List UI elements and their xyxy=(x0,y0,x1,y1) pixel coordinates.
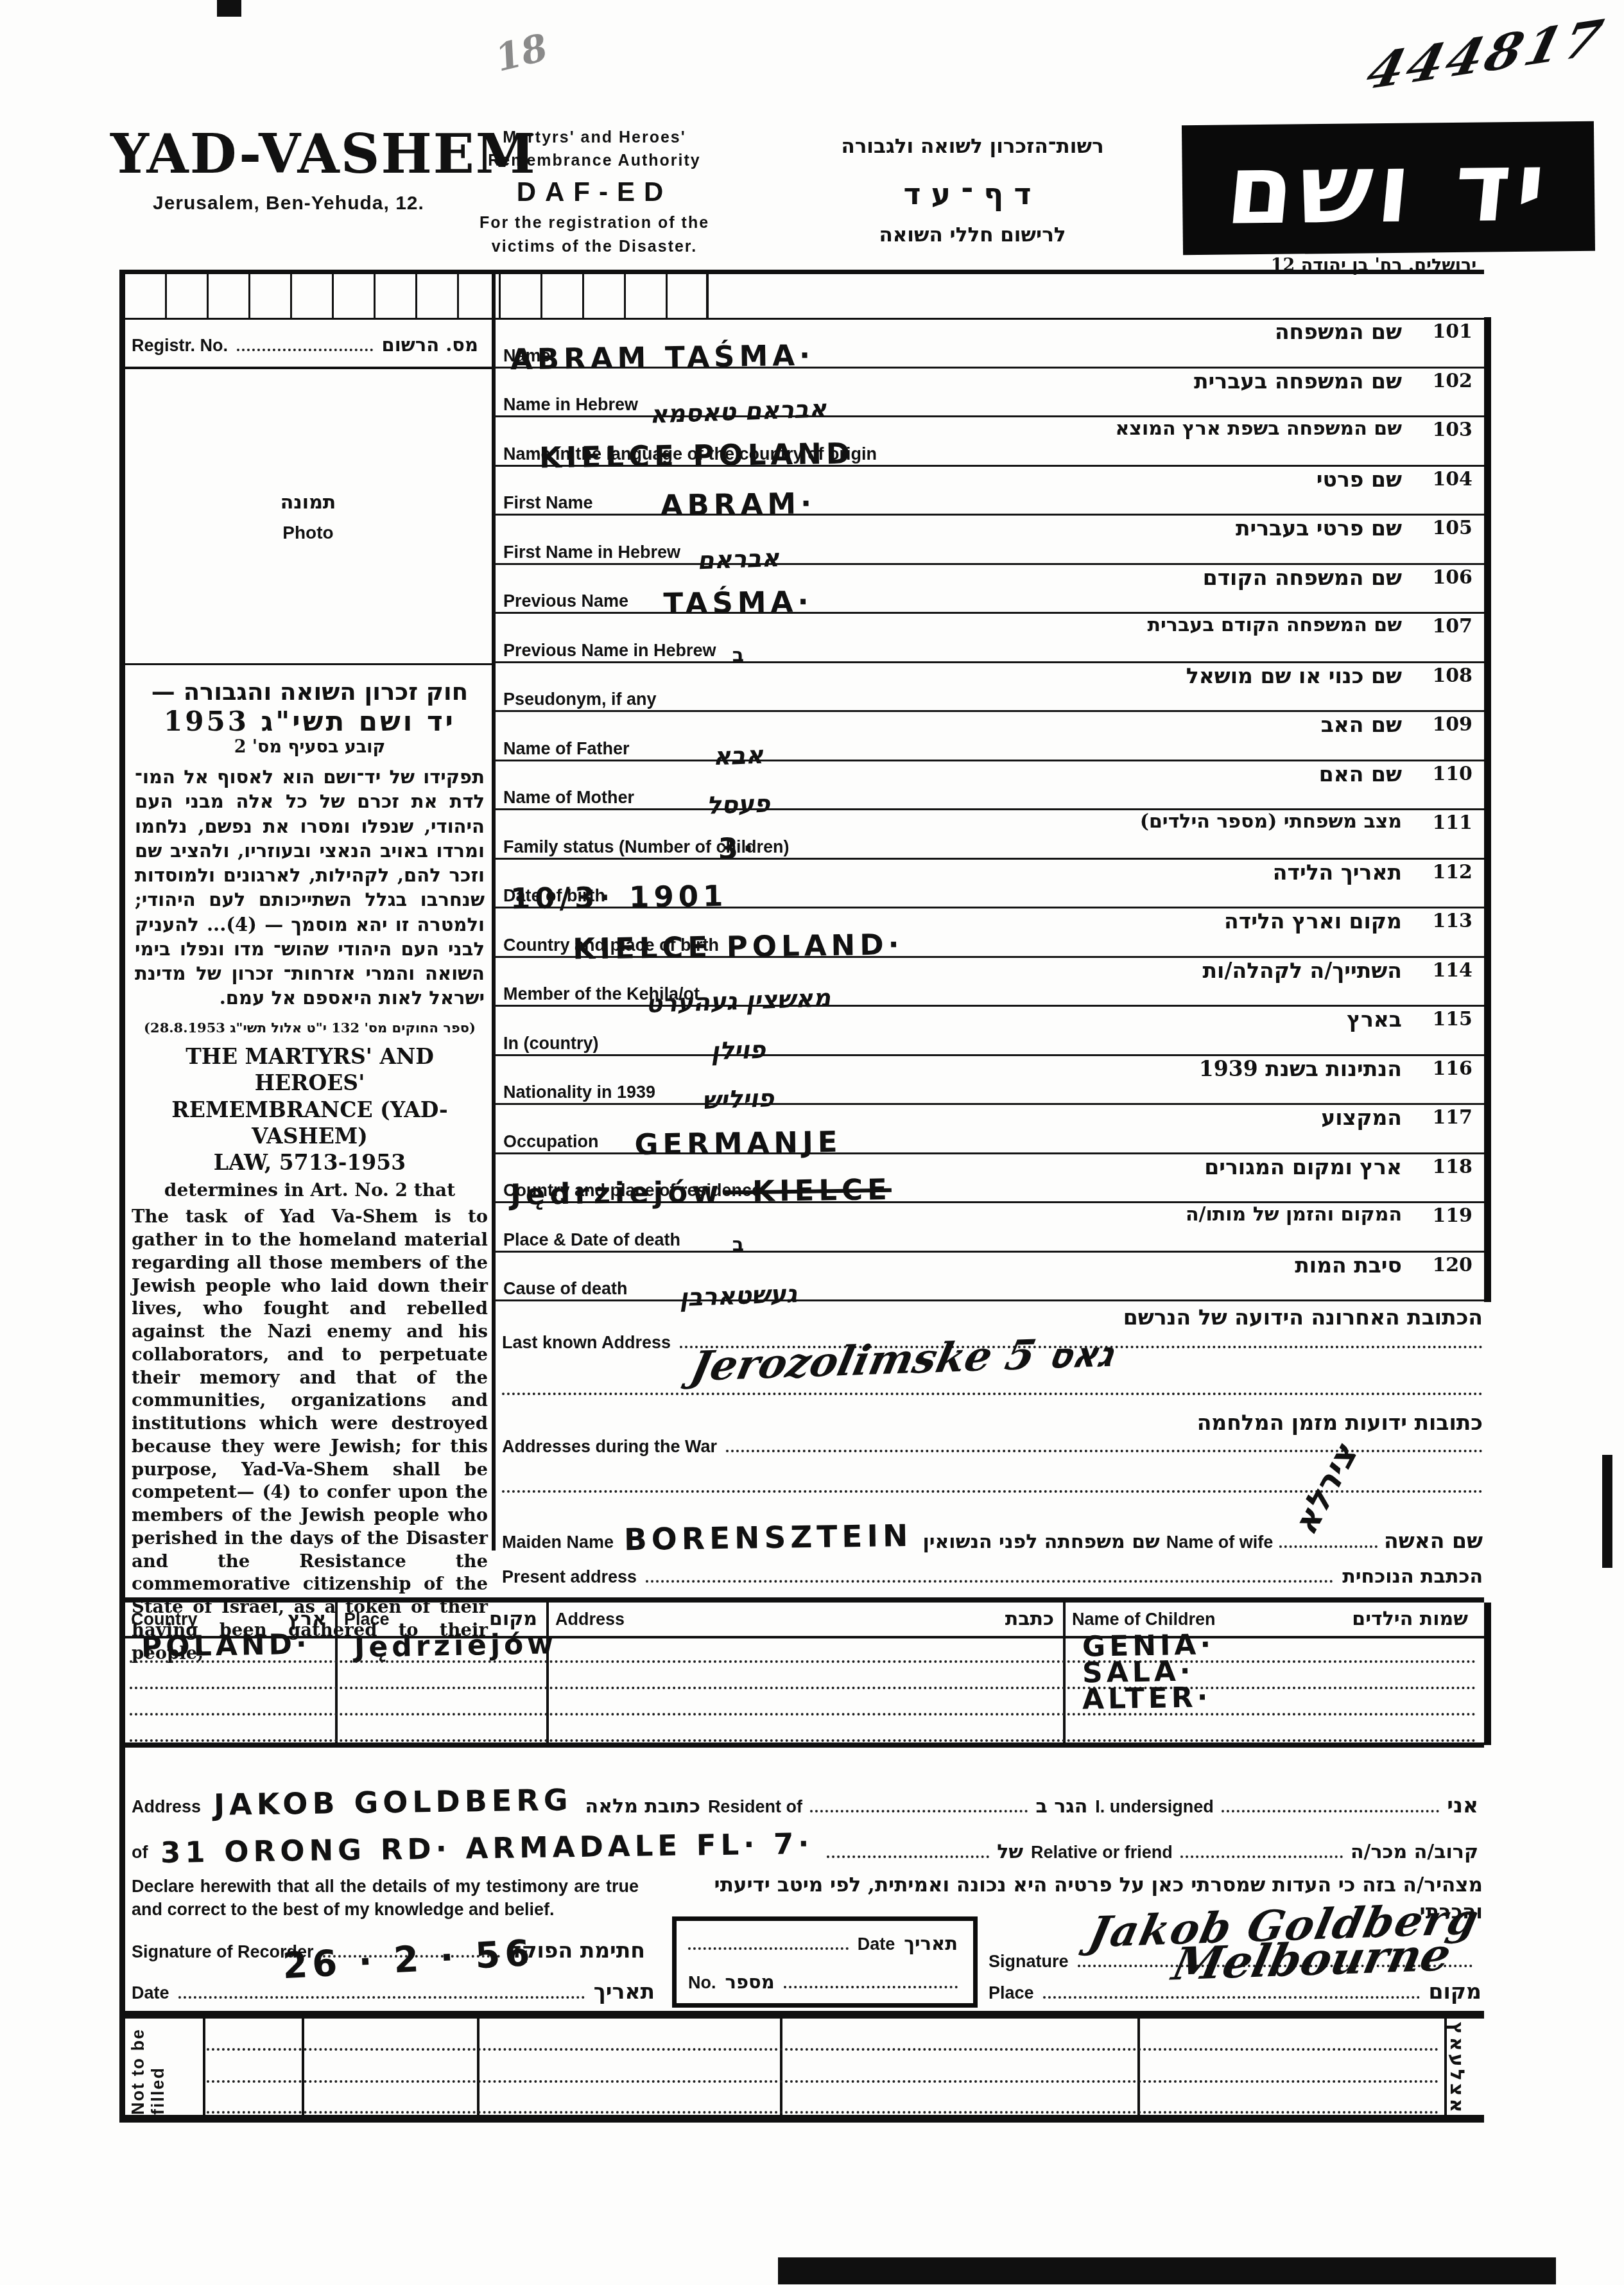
field-row-102: שם המשפחה בעברית102Name in Hebrewאבראם ט… xyxy=(494,367,1484,418)
field-row-112: תאריך הלידה112Date of birth10/3· 1901 xyxy=(494,858,1484,909)
children-cell-place: Jędrziejów xyxy=(354,1628,558,1664)
full-address-hebrew: כתובת מלאה xyxy=(585,1795,700,1818)
grid-divider xyxy=(302,2019,304,2116)
grid-sidebar-hebrew-marks: אצלעאץ xyxy=(1446,2020,1468,2115)
field-hebrew-label: שם המשפחה בעברית xyxy=(1194,369,1402,394)
photo-placeholder: תמונה Photo xyxy=(212,491,404,543)
field-number: 112 xyxy=(1432,861,1473,883)
of-hebrew: של xyxy=(997,1841,1023,1863)
undersigned-label: I. undersigned xyxy=(1095,1797,1214,1817)
children-table-bottom xyxy=(122,1742,1484,1748)
field-hebrew-label: שם המשפחה בשפת ארץ המוצא xyxy=(1116,417,1402,440)
box-no-dots xyxy=(784,1985,958,1988)
field-hebrew-label: שם פרטי בעברית xyxy=(1236,516,1402,541)
field-row-111: מצב משפחתי (מספר הילדים)111Family status… xyxy=(494,808,1484,860)
date-dots xyxy=(178,1995,585,1999)
field-hebrew-label: סיבת המות xyxy=(1295,1253,1402,1278)
children-header-english: Place xyxy=(344,1610,390,1629)
signature-label: Signature xyxy=(989,1952,1069,1972)
maiden-name-row: Maiden Name BORENSZTEIN שם משפחתה לפני ה… xyxy=(502,1520,1483,1556)
witness-name-handwritten: JAKOB GOLDBERG xyxy=(214,1782,573,1822)
field-rows: שם המשפחה101NameABRAM TAŚMA·שם המשפחה בע… xyxy=(494,317,1491,1302)
children-header-address: Addressכתבת xyxy=(555,1608,1054,1630)
children-table-top xyxy=(122,1597,1484,1603)
field-number: 104 xyxy=(1432,468,1473,491)
pencil-note: 18 xyxy=(491,25,552,80)
field-row-107: שם המשפחה הקודם בעברית107Previous Name i… xyxy=(494,612,1484,663)
box-date-hebrew: תאריך xyxy=(904,1933,958,1954)
present-address-label: Present address xyxy=(502,1567,637,1587)
undersigned-dots xyxy=(1222,1809,1440,1812)
resident-of-dots xyxy=(810,1809,1028,1812)
box-date-label: Date xyxy=(858,1934,895,1954)
children-header-hebrew: ארץ xyxy=(288,1608,326,1630)
field-hebrew-label: שם המשפחה xyxy=(1275,319,1402,344)
law-text-english: THE MARTYRS' AND HEROES' REMEMBRANCE (YA… xyxy=(132,1043,488,1665)
law-en-body: The task of Yad Va-Shem is to gather in … xyxy=(132,1206,488,1665)
field-hebrew-label: שם המשפחה הקודם xyxy=(1203,565,1402,590)
present-address-hebrew: הכתבת הנוכחית xyxy=(1342,1565,1483,1588)
declaration-english: Declare herewith that all the details of… xyxy=(132,1875,639,1922)
law-en-title1: THE MARTYRS' AND HEROES' xyxy=(132,1043,488,1097)
date-hebrew: תאריך xyxy=(594,1979,655,2004)
field-row-117: המקצוע117OccupationGERMANJE xyxy=(494,1103,1484,1154)
grid-divider xyxy=(477,2019,479,2116)
box-no-row: No. מספר xyxy=(688,1971,958,1993)
maiden-name-label: Maiden Name xyxy=(502,1533,614,1552)
authority-line5: victims of the Disaster. xyxy=(453,235,736,258)
present-address-dots xyxy=(646,1579,1333,1583)
field-number: 101 xyxy=(1432,320,1473,343)
field-hebrew-label: שם האם xyxy=(1319,761,1402,786)
authority-block: Martyrs' and Heroes' Remembrance Authori… xyxy=(453,126,736,258)
war-addresses-hebrew: כתובות ידועות מזמן המלחמה xyxy=(1008,1410,1483,1435)
witness-address-row: of 31 ORONG RD· ARMADALE FL· 7· של Relat… xyxy=(132,1831,1478,1865)
children-row-dots xyxy=(130,1660,1476,1663)
date-row: Date תאריך xyxy=(132,1979,655,2004)
field-hebrew-label: תאריך הלידה xyxy=(1273,860,1402,885)
field-number: 117 xyxy=(1432,1106,1473,1129)
registr-no-dots xyxy=(237,348,373,351)
children-row-dots xyxy=(130,1687,1476,1689)
grid-divider xyxy=(780,2019,782,2116)
photo-label-english: Photo xyxy=(212,523,404,543)
address-label: Address xyxy=(132,1797,201,1817)
children-header-rule xyxy=(122,1636,1484,1638)
field-row-106: שם המשפחה הקודם106Previous NameTAŚMA· xyxy=(494,563,1484,614)
last-known-address-hw-hebrew: גאס xyxy=(1044,1334,1118,1377)
box-no-label: No. xyxy=(688,1973,716,1993)
field-number: 120 xyxy=(1432,1254,1473,1276)
relative-or-friend-dots xyxy=(1180,1855,1343,1858)
logo-hebrew-text: יד ושם xyxy=(1223,138,1554,238)
scanned-testimony-page: 18 444817 YAD-VASHEM Jerusalem, Ben-Yehu… xyxy=(0,0,1624,2285)
office-use-grid xyxy=(122,2019,1484,2116)
wife-name-hebrew: שם האשה xyxy=(1384,1528,1483,1553)
wife-name-dots xyxy=(1279,1545,1378,1548)
daf-ed-title: DAF-ED xyxy=(453,173,736,212)
relative-or-friend-label: Relative or friend xyxy=(1031,1843,1173,1863)
maiden-name-handwritten: BORENSZTEIN xyxy=(624,1518,913,1558)
place-dots xyxy=(1043,1995,1420,1999)
field-number: 118 xyxy=(1432,1156,1473,1178)
field-row-118: ארץ ומקום המגורים118Country and place of… xyxy=(494,1152,1484,1204)
field-hebrew-label: בארץ xyxy=(1347,1007,1402,1032)
law-text-hebrew: חוק זכרון השואה והגבורה — יד ושם תשי"ג 1… xyxy=(135,677,485,1036)
hebrew-authority-line3: לרישום חללי השואה xyxy=(786,223,1159,247)
field-row-120: סיבת המות120Cause of deathגעשטארבן xyxy=(494,1251,1484,1302)
authority-line4: For the registration of the xyxy=(453,211,736,234)
children-col-divider xyxy=(546,1603,549,1745)
box-date-dots xyxy=(688,1947,849,1950)
grid-divider xyxy=(203,2019,205,2116)
law-he-source: (ספר החוקים מס' 132 י"ט אלול תשי"ג 28.8.… xyxy=(135,1020,485,1036)
field-hebrew-label: מקום וארץ הלידה xyxy=(1224,908,1402,934)
grid-dotted-row xyxy=(207,2111,1439,2114)
law-he-title2: יד ושם תשי"ג 1953 xyxy=(135,706,485,737)
scan-smudge-right xyxy=(1602,1455,1612,1568)
field-number: 113 xyxy=(1432,910,1473,932)
registration-boxes xyxy=(125,274,709,319)
field-english-label: Pseudonym, if any xyxy=(503,690,657,709)
photo-label-hebrew: תמונה xyxy=(212,491,404,514)
resident-of-label: Resident of xyxy=(708,1797,802,1817)
field-hebrew-label: ארץ ומקום המגורים xyxy=(1204,1154,1402,1179)
law-en-title2: REMEMBRANCE (YAD-VASHEM) xyxy=(132,1097,488,1150)
form-top-border xyxy=(122,270,1484,274)
field-hebrew-label: המקום והזמן של מותו/ה xyxy=(1186,1203,1402,1226)
field-row-113: מקום וארץ הלידה113Country and place of b… xyxy=(494,907,1484,958)
file-number-handwritten: 444817 xyxy=(1361,8,1611,101)
hebrew-authority-line1: רשות־הזכרון לשואה ולגבורה xyxy=(786,135,1159,158)
field-hebrew-label: השתייך/ה לקהלה/ות xyxy=(1203,958,1402,983)
field-number: 114 xyxy=(1432,959,1473,982)
registration-boxes-end xyxy=(706,274,709,319)
last-known-address-label: Last known Address xyxy=(502,1333,671,1353)
authority-line1: Martyrs' and Heroes' xyxy=(453,126,736,149)
field-row-103: שם המשפחה בשפת ארץ המוצא103Name in the l… xyxy=(494,415,1484,467)
field-number: 105 xyxy=(1432,517,1473,539)
law-he-title1: חוק זכרון השואה והגבורה — xyxy=(135,677,485,706)
field-row-119: המקום והזמן של מותו/ה119Place & Date of … xyxy=(494,1201,1484,1253)
children-header-english: Name of Children xyxy=(1072,1610,1216,1629)
undersigned-row: Address JAKOB GOLDBERG כתובת מלאה Reside… xyxy=(132,1785,1478,1820)
law-he-body: תפקידו של יד־ושם הוא לאסוף אל המו־ לדת א… xyxy=(135,765,485,1011)
children-header-place: Placeמקום xyxy=(344,1608,537,1630)
wife-name-label: Name of wife xyxy=(1166,1533,1274,1552)
place-hebrew: מקום xyxy=(1429,1979,1481,2004)
present-address-row: Present address הכתבת הנוכחית xyxy=(502,1565,1483,1588)
children-col-divider xyxy=(1063,1603,1066,1745)
law-he-title3: קובע בסעיף מס' 2 xyxy=(135,737,485,757)
hebrew-daf-ed: דף־עד xyxy=(786,177,1159,211)
registr-no-hebrew: מס. הרשום xyxy=(382,334,478,356)
undersigned-hebrew: אני xyxy=(1447,1793,1478,1818)
children-row-dots xyxy=(130,1713,1476,1716)
children-header-english: Country xyxy=(131,1610,198,1629)
children-cell-country: POLAND· xyxy=(141,1628,311,1664)
field-number: 116 xyxy=(1432,1057,1473,1080)
relative-or-friend-hebrew: קרוב/ה מכר/ה xyxy=(1351,1841,1478,1863)
children-header-hebrew: מקום xyxy=(489,1608,537,1630)
field-number: 106 xyxy=(1432,566,1473,589)
field-row-104: שם פרטי104First NameABRAM· xyxy=(494,465,1484,516)
field-number: 103 xyxy=(1432,419,1473,441)
field-row-108: שם כנוי או שם מושאל108Pseudonym, if any xyxy=(494,661,1484,713)
field-hebrew-label: הנתינות בשנת 1939 xyxy=(1199,1056,1402,1081)
field-hebrew-label: המקצוע xyxy=(1321,1105,1402,1130)
field-hebrew-label: מצב משפחתי (מספר הילדים) xyxy=(1140,810,1402,833)
war-addresses-label: Addresses during the War xyxy=(502,1437,717,1457)
bottom-grid-bottom xyxy=(122,2115,1484,2123)
law-en-title3: LAW, 5713-1953 xyxy=(132,1149,488,1176)
yad-vashem-hebrew-logo: יד ושם xyxy=(1182,121,1595,256)
field-row-116: הנתינות בשנת 1939116Nationality in 1939פ… xyxy=(494,1054,1484,1106)
not-to-be-filled-label: Not to be filled xyxy=(128,2021,168,2115)
field-row-109: שם האב109Name of Fatherאבא xyxy=(494,710,1484,761)
children-table: CountryארץPlaceמקוםAddressכתבתName of Ch… xyxy=(122,1603,1491,1745)
children-col-divider xyxy=(335,1603,338,1745)
field-row-101: שם המשפחה101NameABRAM TAŚMA· xyxy=(494,317,1484,369)
field-number: 102 xyxy=(1432,370,1473,392)
field-number: 119 xyxy=(1432,1204,1473,1227)
scan-smudge-top xyxy=(217,0,241,17)
place-row: Place מקום xyxy=(989,1979,1481,2004)
maiden-name-hebrew: שם משפחתה לפני הנשואין xyxy=(922,1531,1159,1553)
registr-no-label: Registr. No. xyxy=(132,336,228,356)
field-row-114: השתייך/ה לקהלה/ות114Member of the Kehila… xyxy=(494,956,1484,1007)
children-header-hebrew: שמות הילדים xyxy=(1352,1608,1468,1630)
registr-row-bottom xyxy=(122,367,494,369)
field-row-115: בארץ115In (country)פוילן xyxy=(494,1005,1484,1056)
field-number: 107 xyxy=(1432,615,1473,638)
grid-dotted-row xyxy=(207,2048,1439,2051)
children-row-dots xyxy=(130,1739,1476,1742)
field-row-110: שם האם110Name of Motherפעסל xyxy=(494,760,1484,811)
field-number: 111 xyxy=(1432,812,1473,834)
date-label: Date xyxy=(132,1983,169,2003)
law-en-subtitle: determines in Art. No. 2 that xyxy=(132,1179,488,1201)
children-header-english: Address xyxy=(555,1610,625,1629)
children-cell-name: ALTER· xyxy=(1082,1681,1212,1716)
scan-bar-bottom xyxy=(778,2257,1556,2284)
children-header-hebrew: כתבת xyxy=(1005,1608,1054,1630)
field-hebrew-label: שם כנוי או שם מושאל xyxy=(1186,663,1402,688)
box-no-hebrew: מספר xyxy=(725,1971,775,1993)
law-block-top-rule xyxy=(122,663,493,665)
field-hebrew-label: שם האב xyxy=(1321,712,1402,737)
registr-no-row: Registr. No. מס. הרשום xyxy=(132,334,478,356)
yad-vashem-address: Jerusalem, Ben-Yehuda, 12. xyxy=(153,193,424,214)
authority-line2: Remembrance Authority xyxy=(453,149,736,172)
last-known-address-hebrew: הכתובת האחרונה הידועה של הנרשם xyxy=(1008,1305,1483,1330)
field-number: 110 xyxy=(1432,763,1473,785)
war-addresses-dots xyxy=(726,1449,1483,1452)
children-header-name-of-children: Name of Childrenשמות הילדים xyxy=(1072,1608,1468,1630)
witness-address-dots xyxy=(827,1855,989,1858)
resident-of-hebrew: הגר ב xyxy=(1035,1795,1087,1818)
field-number: 108 xyxy=(1432,665,1473,687)
witness-address-handwritten: 31 ORONG RD· ARMADALE FL· 7· xyxy=(160,1827,814,1870)
grid-divider xyxy=(1137,2019,1140,2116)
place-label: Place xyxy=(989,1983,1034,2003)
of-label: of xyxy=(132,1843,148,1863)
field-hebrew-label: שם המשפחה הקודם בעברית xyxy=(1148,614,1402,636)
field-number: 109 xyxy=(1432,713,1473,736)
form-left-border xyxy=(119,270,125,2123)
children-header-country: Countryארץ xyxy=(131,1608,326,1630)
address-continuation-dots-1 xyxy=(502,1392,1483,1395)
field-number: 115 xyxy=(1432,1008,1473,1030)
field-hebrew-label: שם פרטי xyxy=(1317,467,1402,492)
grid-dotted-row xyxy=(207,2080,1439,2083)
field-row-105: שם פרטי בעברית105First Name in Hebrewאבר… xyxy=(494,514,1484,565)
box-date-row: Date תאריך xyxy=(688,1933,958,1954)
date-no-box: Date תאריך No. מספר xyxy=(672,1916,978,2008)
bottom-grid-top xyxy=(122,2011,1484,2019)
